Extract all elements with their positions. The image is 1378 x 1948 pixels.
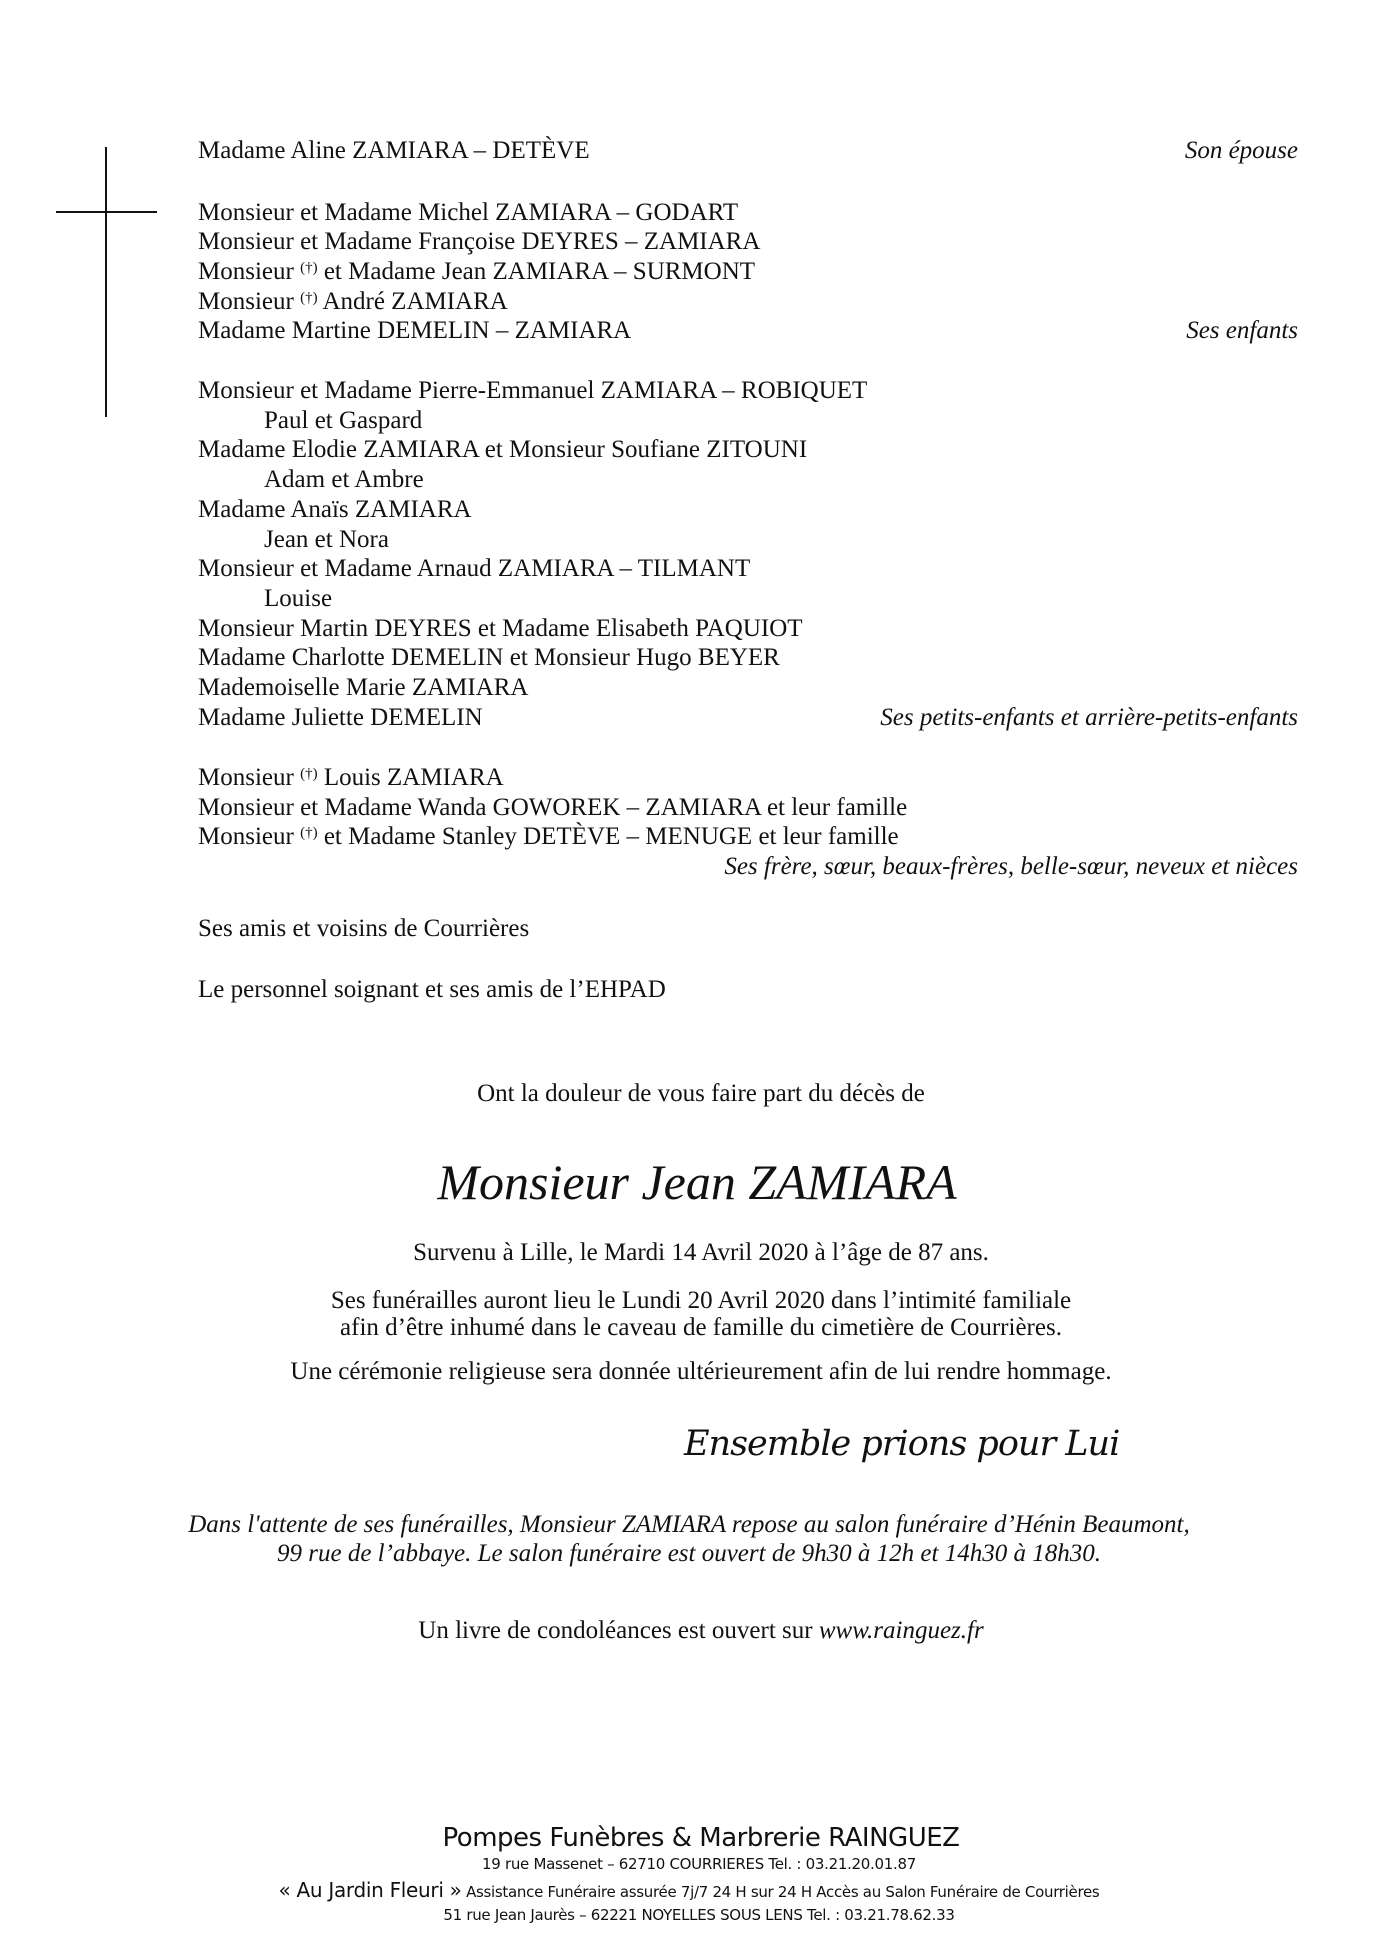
funeral-line-2: afin d’être inhumé dans le caveau de fam… — [12, 1313, 1378, 1343]
repose-line-1: Dans l'attente de ses funérailles, Monsi… — [0, 1510, 1378, 1540]
company-address-1: 19 rue Massenet – 62710 COURRIERES Tel. … — [10, 1853, 1378, 1875]
funeral-line-1: Ses funérailles auront lieu le Lundi 20 … — [12, 1286, 1378, 1316]
company-address-2: 51 rue Jean Jaurès – 62221 NOYELLES SOUS… — [10, 1904, 1378, 1926]
great-grandchildren-line: Jean et Nora — [264, 525, 389, 555]
staff-line: Le personnel soignant et ses amis de l’E… — [198, 975, 666, 1005]
grandchild-line: Monsieur et Madame Arnaud ZAMIARA – TILM… — [198, 554, 750, 584]
sibling-line: Monsieur (†) Louis ZAMIARA — [198, 763, 504, 793]
cross-vertical-bar — [105, 147, 107, 417]
company-services-line: « Au Jardin Fleuri » Assistance Funérair… — [0, 1879, 1378, 1903]
child-line: Monsieur et Madame Françoise DEYRES – ZA… — [198, 227, 760, 257]
child-name: et Madame Jean ZAMIARA – SURMONT — [324, 258, 755, 285]
sibling-name: Monsieur et Madame Wanda GOWOREK – ZAMIA… — [198, 794, 907, 821]
deceased-mark: (†) — [300, 825, 318, 841]
deceased-mark: (†) — [300, 260, 318, 276]
sibling-title: Monsieur — [198, 764, 294, 791]
sibling-name: et Madame Stanley DETÈVE – MENUGE et leu… — [324, 823, 899, 850]
child-name: Monsieur et Madame Françoise DEYRES – ZA… — [198, 228, 760, 255]
announcement-intro: Ont la douleur de vous faire part du déc… — [12, 1079, 1378, 1109]
child-name: André ZAMIARA — [322, 288, 507, 315]
brand-name: « Au Jardin Fleuri » — [279, 1878, 462, 1902]
cross-horizontal-bar — [56, 211, 157, 213]
great-grandchildren-line: Louise — [264, 584, 332, 614]
sibling-line: Monsieur et Madame Wanda GOWOREK – ZAMIA… — [198, 793, 907, 823]
death-details: Survenu à Lille, le Mardi 14 Avril 2020 … — [12, 1238, 1378, 1268]
children-label: Ses enfants — [1186, 316, 1298, 346]
deceased-name: Monsieur Jean ZAMIARA — [8, 1152, 1378, 1212]
services-text: Assistance Funéraire assurée 7j/7 24 H s… — [466, 1883, 1099, 1901]
repose-line-2: 99 rue de l’abbaye. Le salon funéraire e… — [0, 1539, 1378, 1569]
condolences-text: Un livre de condoléances est ouvert sur — [418, 1617, 812, 1644]
deceased-mark: (†) — [300, 290, 318, 306]
great-grandchildren-line: Adam et Ambre — [264, 465, 424, 495]
child-title: Monsieur — [198, 258, 294, 285]
child-name: Monsieur et Madame Michel ZAMIARA – GODA… — [198, 199, 738, 226]
child-line: Monsieur et Madame Michel ZAMIARA – GODA… — [198, 198, 738, 228]
grandchild-line: Monsieur et Madame Pierre-Emmanuel ZAMIA… — [198, 376, 867, 406]
sibling-line: Monsieur (†) et Madame Stanley DETÈVE – … — [198, 822, 899, 852]
grandchild-line: Madame Anaïs ZAMIARA — [198, 495, 472, 525]
spouse-name: Madame Aline ZAMIARA – DETÈVE — [198, 136, 590, 166]
child-title: Monsieur — [198, 288, 294, 315]
friends-line: Ses amis et voisins de Courrières — [198, 914, 529, 944]
sibling-name: Louis ZAMIARA — [324, 764, 504, 791]
prayer-line: Ensemble prions pour Lui — [684, 1422, 1119, 1466]
child-name: Madame Martine DEMELIN – ZAMIARA — [198, 317, 631, 344]
siblings-label: Ses frère, sœur, beaux-frères, belle-sœu… — [724, 852, 1298, 882]
grandchild-line: Madame Juliette DEMELIN — [198, 703, 483, 733]
grandchild-line: Madame Elodie ZAMIARA et Monsieur Soufia… — [198, 435, 807, 465]
condolences-link[interactable]: www.rainguez.fr — [819, 1617, 984, 1644]
company-name: Pompes Funèbres & Marbrerie RAINGUEZ — [12, 1823, 1378, 1853]
deceased-mark: (†) — [300, 766, 318, 782]
grandchild-line: Monsieur Martin DEYRES et Madame Elisabe… — [198, 614, 803, 644]
grandchildren-label: Ses petits-enfants et arrière-petits-enf… — [880, 703, 1298, 733]
child-line: Monsieur (†) et Madame Jean ZAMIARA – SU… — [198, 257, 755, 287]
obituary-page: Madame Aline ZAMIARA – DETÈVE Son épouse… — [0, 0, 1378, 1948]
child-line: Madame Martine DEMELIN – ZAMIARA — [198, 316, 631, 346]
sibling-title: Monsieur — [198, 823, 294, 850]
child-line: Monsieur (†) André ZAMIARA — [198, 287, 508, 317]
grandchild-line: Madame Charlotte DEMELIN et Monsieur Hug… — [198, 643, 780, 673]
great-grandchildren-line: Paul et Gaspard — [264, 406, 422, 436]
ceremony-note: Une cérémonie religieuse sera donnée ult… — [12, 1357, 1378, 1387]
grandchild-line: Mademoiselle Marie ZAMIARA — [198, 673, 528, 703]
spouse-label: Son épouse — [1185, 136, 1298, 166]
condolences-line: Un livre de condoléances est ouvert sur … — [12, 1616, 1378, 1646]
